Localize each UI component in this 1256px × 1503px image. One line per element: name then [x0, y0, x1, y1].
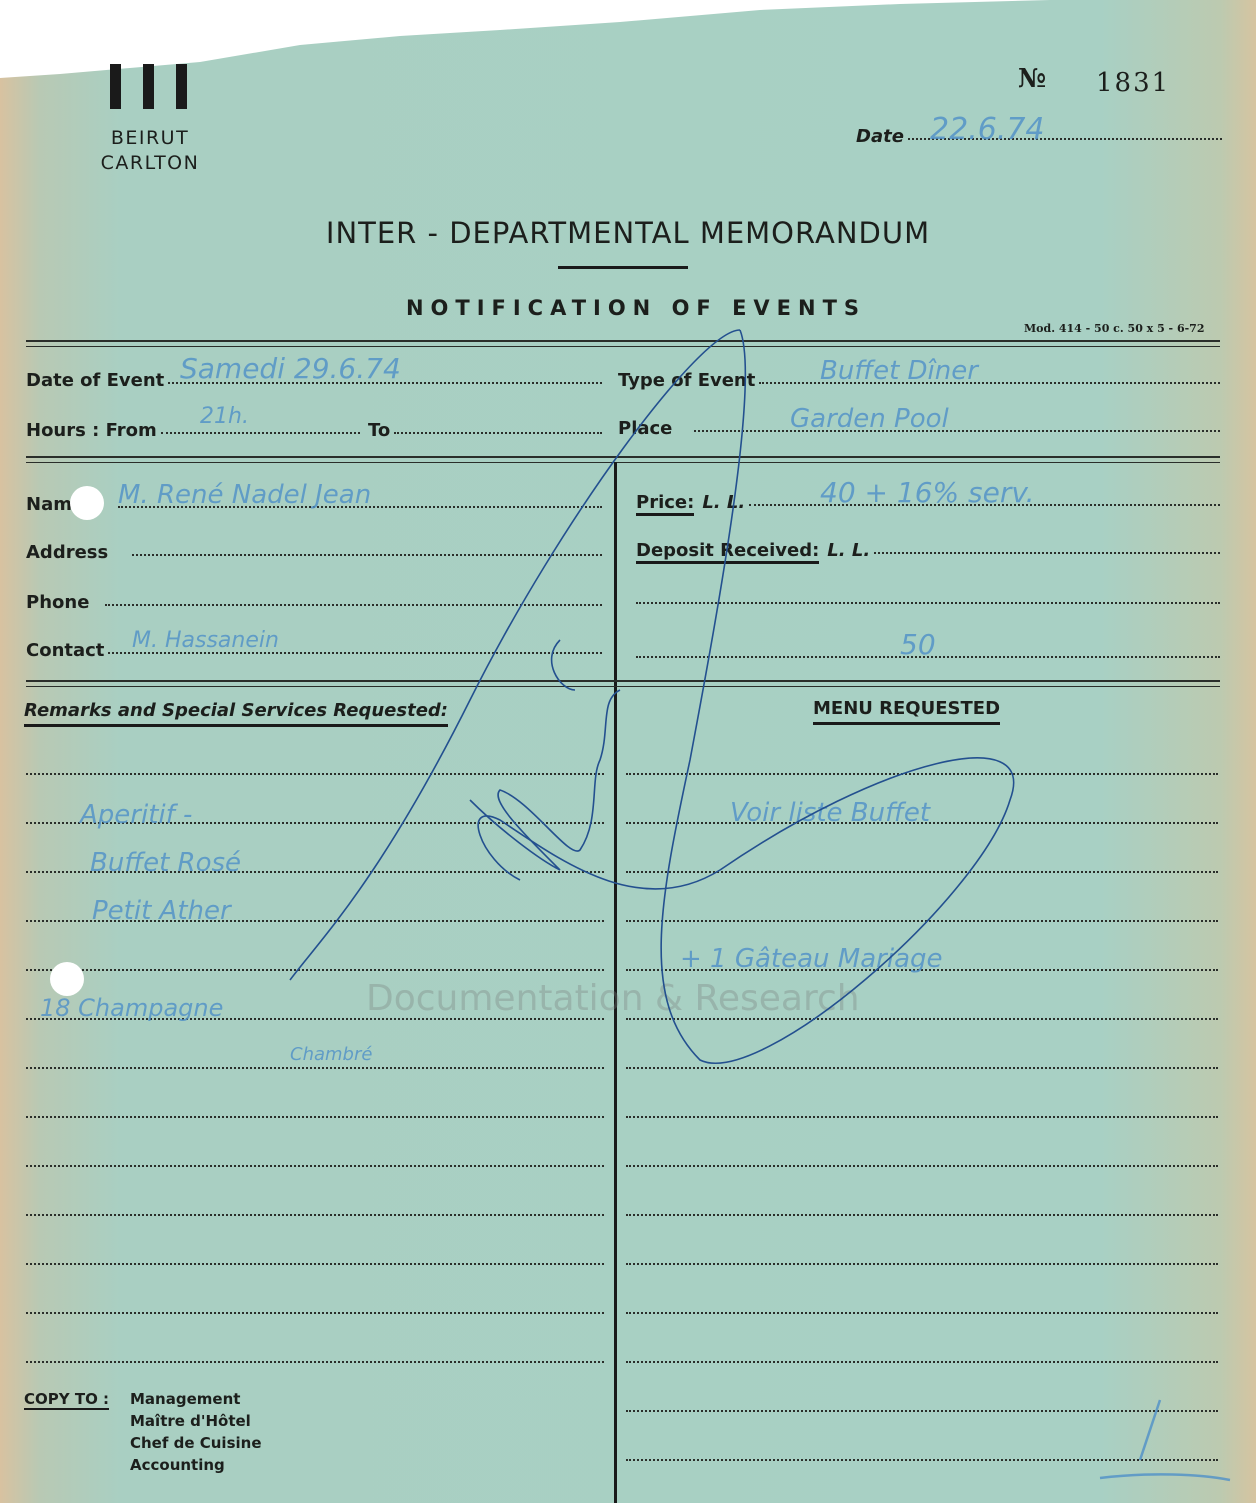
- signature-icon: [0, 0, 1256, 1503]
